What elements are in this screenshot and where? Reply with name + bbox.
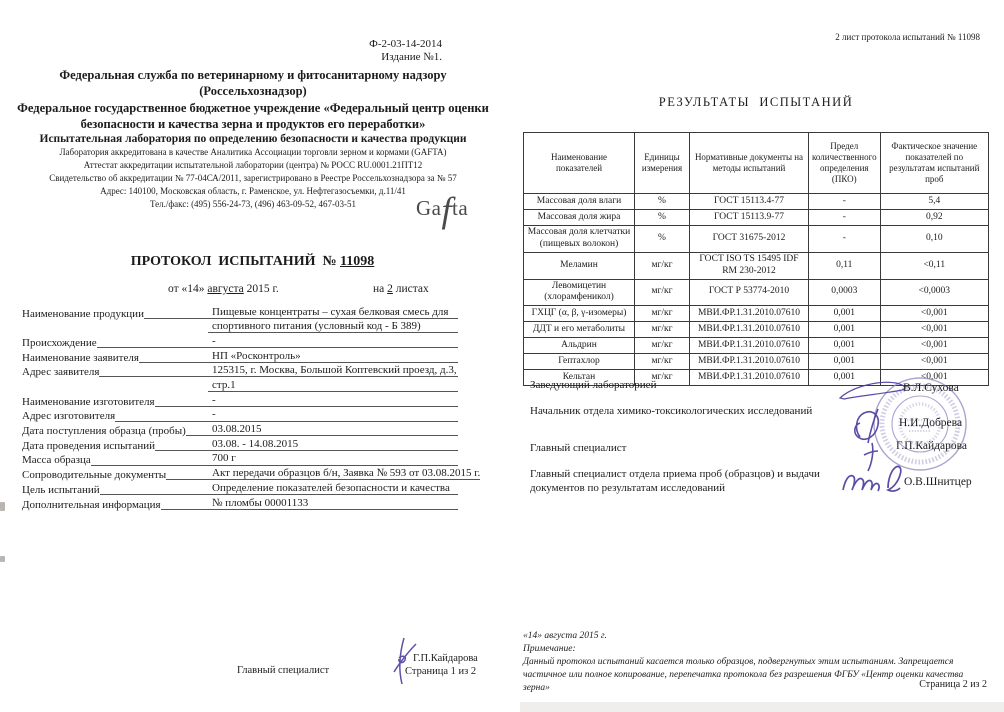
date-suffix: 2015 г.: [244, 283, 279, 295]
org-line: (Россельхознадзор): [8, 83, 498, 99]
field-row: Дата проведения испытаний 03.08. - 14.08…: [22, 437, 458, 452]
field-row-continued: стр.1: [22, 378, 458, 393]
signer-name: Н.И.Добрева: [899, 417, 962, 429]
indicator-cell: ГХЦГ (α, β, γ-изомеры): [524, 306, 635, 322]
signer-role: Главный специалист отдела приема проб (о…: [530, 467, 840, 496]
field-value: 700 г: [208, 452, 458, 465]
field-value: Пищевые концентраты – сухая белковая сме…: [208, 306, 458, 319]
indicator-cell: Массовая доля влаги: [524, 194, 635, 210]
unit-cell: %: [635, 210, 690, 226]
signer-name: Г.П.Кайдарова: [896, 440, 967, 452]
field-label: Цель испытаний: [22, 484, 100, 496]
field-label: Дата проведения испытаний: [22, 440, 155, 452]
scan-artifact: [0, 502, 5, 511]
unit-cell: мг/кг: [635, 279, 690, 306]
limit-cell: 0,0003: [809, 279, 881, 306]
form-code: Ф-2-03-14-2014: [0, 38, 442, 51]
org-line: Федеральная служба по ветеринарному и фи…: [8, 67, 498, 83]
org-line: Испытательная лаборатория по определению…: [8, 132, 498, 147]
method-cell: МВИ.ФР.1.31.2010.07610: [690, 306, 809, 322]
column-header: Нормативные документы на методы испытани…: [690, 133, 809, 194]
indicator-cell: Альдрин: [524, 338, 635, 354]
table-row: Массовая доля жира % ГОСТ 15113.9-77 - 0…: [524, 210, 989, 226]
column-header: Фактическое значение показателей по резу…: [880, 133, 988, 194]
protocol-number: 11098: [340, 254, 374, 269]
date-month: августа: [207, 283, 243, 295]
page2-header-note: 2 лист протокола испытаний № 11098: [520, 32, 980, 42]
method-cell: МВИ.ФР.1.31.2010.07610: [690, 322, 809, 338]
field-value: стр.1: [208, 379, 458, 392]
sample-fields: Наименование продукции Пищевые концентра…: [22, 305, 458, 511]
edition-label: Издание №1.: [0, 51, 442, 64]
signer-role: Главный специалист: [530, 441, 840, 455]
indicator-cell: Гептахлор: [524, 354, 635, 370]
field-value: Акт передачи образцов б/н, Заявка № 593 …: [208, 467, 480, 480]
field-row: Наименование продукции Пищевые концентра…: [22, 305, 458, 320]
signer-name: О.В.Шнитцер: [904, 476, 972, 488]
field-label: Происхождение: [22, 337, 97, 349]
result-cell: <0,0003: [880, 279, 988, 306]
field-row: Цель испытаний Определение показателей б…: [22, 481, 458, 496]
method-cell: ГОСТ ISO TS 15495 IDF RM 230-2012: [690, 252, 809, 279]
column-header: Единицы измерения: [635, 133, 690, 194]
date-prefix: от «14»: [168, 283, 207, 295]
sheets-count: на 2 листах: [373, 283, 429, 295]
field-value: 03.08. - 14.08.2015: [208, 438, 458, 451]
note-label: Примечание:: [523, 643, 989, 656]
table-row: Левомицетин (хлорамфеникол) мг/кг ГОСТ Р…: [524, 279, 989, 306]
field-label: Наименование изготовителя: [22, 396, 155, 408]
scan-artifact: [0, 556, 5, 562]
indicator-cell: Левомицетин (хлорамфеникол): [524, 279, 635, 306]
indicator-cell: Массовая доля жира: [524, 210, 635, 226]
field-row: Наименование заявителя НП «Росконтроль»: [22, 349, 458, 364]
field-row: Дата поступления образца (пробы) 03.08.2…: [22, 423, 458, 438]
field-row: Происхождение -: [22, 334, 458, 349]
field-label: Наименование продукции: [22, 308, 144, 320]
field-value: № пломбы 00001133: [208, 497, 458, 510]
unit-cell: %: [635, 194, 690, 210]
field-label: Дата поступления образца (пробы): [22, 425, 186, 437]
accreditation-line: Лаборатория аккредитована в качестве Ана…: [8, 146, 498, 159]
page1-signer-role: Главный специалист: [237, 665, 329, 676]
field-label: Наименование заявителя: [22, 352, 139, 364]
table-row: ДДТ и его метаболиты мг/кг МВИ.ФР.1.31.2…: [524, 322, 989, 338]
page2-footer-date: «14» августа 2015 г.: [523, 630, 989, 643]
protocol-title: ПРОТОКОЛ ИСПЫТАНИЙ № 11098: [0, 254, 505, 270]
limit-cell: 0,001: [809, 322, 881, 338]
gafta-logo-text: Ga: [416, 196, 442, 220]
result-cell: <0,001: [880, 322, 988, 338]
indicator-cell: Меламин: [524, 252, 635, 279]
limit-cell: -: [809, 226, 881, 253]
accreditation-line: Аттестат аккредитации испытательной лабо…: [8, 159, 498, 172]
result-cell: 0,92: [880, 210, 988, 226]
indicator-cell: Массовая доля клетчатки (пищевых волокон…: [524, 226, 635, 253]
result-cell: 0,10: [880, 226, 988, 253]
field-row-continued: спортивного питания (условный код - Б 38…: [22, 320, 458, 335]
sheets-prefix: на: [373, 283, 387, 295]
method-cell: ГОСТ 31675-2012: [690, 226, 809, 253]
page1-signer-name: Г.П.Кайдарова: [413, 652, 478, 666]
method-cell: ГОСТ Р 53774-2010: [690, 279, 809, 306]
field-row: Адрес заявителя 125315, г. Москва, Больш…: [22, 364, 458, 379]
gafta-logo: Gafta: [416, 196, 468, 221]
column-header: Наименование показателей: [524, 133, 635, 194]
field-value: спортивного питания (условный код - Б 38…: [208, 320, 458, 333]
organization-header: Федеральная служба по ветеринарному и фи…: [8, 67, 498, 147]
unit-cell: %: [635, 226, 690, 253]
form-code-block: Ф-2-03-14-2014 Издание №1.: [0, 38, 442, 64]
field-value: НП «Росконтроль»: [208, 350, 458, 363]
field-label: Дополнительная информация: [22, 499, 161, 511]
unit-cell: мг/кг: [635, 354, 690, 370]
scanned-protocol-document: Ф-2-03-14-2014 Издание №1. Федеральная с…: [0, 0, 1004, 712]
method-cell: МВИ.ФР.1.31.2010.07610: [690, 354, 809, 370]
column-header: Предел количественного определения (ПКО): [809, 133, 881, 194]
field-label: Масса образца: [22, 454, 91, 466]
field-label: Адрес изготовителя: [22, 410, 115, 422]
table-row: Массовая доля влаги % ГОСТ 15113.4-77 - …: [524, 194, 989, 210]
field-value: -: [208, 335, 458, 348]
protocol-date: от «14» августа 2015 г.: [168, 283, 279, 295]
result-cell: <0,11: [880, 252, 988, 279]
method-cell: ГОСТ 15113.4-77: [690, 194, 809, 210]
field-row: Сопроводительные документы Акт передачи …: [22, 467, 458, 482]
method-cell: ГОСТ 15113.9-77: [690, 210, 809, 226]
field-value: 03.08.2015: [208, 423, 458, 436]
protocol-title-text: ПРОТОКОЛ ИСПЫТАНИЙ №: [131, 254, 340, 269]
results-title: РЕЗУЛЬТАТЫ ИСПЫТАНИЙ: [523, 95, 989, 110]
method-cell: МВИ.ФР.1.31.2010.07610: [690, 338, 809, 354]
unit-cell: мг/кг: [635, 252, 690, 279]
gafta-logo-text: ta: [452, 196, 468, 220]
page2-page-indicator: Страница 2 из 2: [523, 679, 987, 690]
indicator-cell: ДДТ и его метаболиты: [524, 322, 635, 338]
unit-cell: мг/кг: [635, 306, 690, 322]
unit-cell: мг/кг: [635, 338, 690, 354]
results-table-header-row: Наименование показателей Единицы измерен…: [524, 133, 989, 194]
field-label: Сопроводительные документы: [22, 469, 166, 481]
page1-page-indicator: Страница 1 из 2: [405, 666, 476, 677]
signer-name: В.Л.Сухова: [903, 382, 959, 394]
result-cell: 5,4: [880, 194, 988, 210]
org-line: Федеральное государственное бюджетное уч…: [8, 100, 498, 133]
accreditation-line: Свидетельство об аккредитации № 77-04СА/…: [8, 172, 498, 185]
field-value: 125315, г. Москва, Большой Коптевский пр…: [208, 364, 458, 377]
field-row: Масса образца 700 г: [22, 452, 458, 467]
signer-role: Заведующий лабораторией: [530, 378, 840, 392]
result-cell: <0,001: [880, 306, 988, 322]
field-value: Определение показателей безопасности и к…: [208, 482, 458, 495]
scan-artifact: [520, 702, 1004, 712]
signer-role: Начальник отдела химико-токсикологически…: [530, 404, 840, 418]
unit-cell: мг/кг: [635, 322, 690, 338]
limit-cell: 0,11: [809, 252, 881, 279]
field-row: Дополнительная информация № пломбы 00001…: [22, 496, 458, 511]
table-row: Меламин мг/кг ГОСТ ISO TS 15495 IDF RM 2…: [524, 252, 989, 279]
table-row: Массовая доля клетчатки (пищевых волокон…: [524, 226, 989, 253]
limit-cell: 0,001: [809, 306, 881, 322]
limit-cell: -: [809, 194, 881, 210]
field-row: Наименование изготовителя -: [22, 393, 458, 408]
gafta-logo-f: f: [442, 190, 453, 230]
field-row: Адрес изготовителя -: [22, 408, 458, 423]
field-value: -: [208, 408, 458, 421]
table-row: ГХЦГ (α, β, γ-изомеры) мг/кг МВИ.ФР.1.31…: [524, 306, 989, 322]
field-label: Адрес заявителя: [22, 366, 99, 378]
field-value: -: [208, 394, 458, 407]
signature-shnittser-icon: [840, 460, 912, 504]
sheets-suffix: листах: [393, 283, 429, 295]
limit-cell: -: [809, 210, 881, 226]
results-table: Наименование показателей Единицы измерен…: [523, 132, 989, 386]
